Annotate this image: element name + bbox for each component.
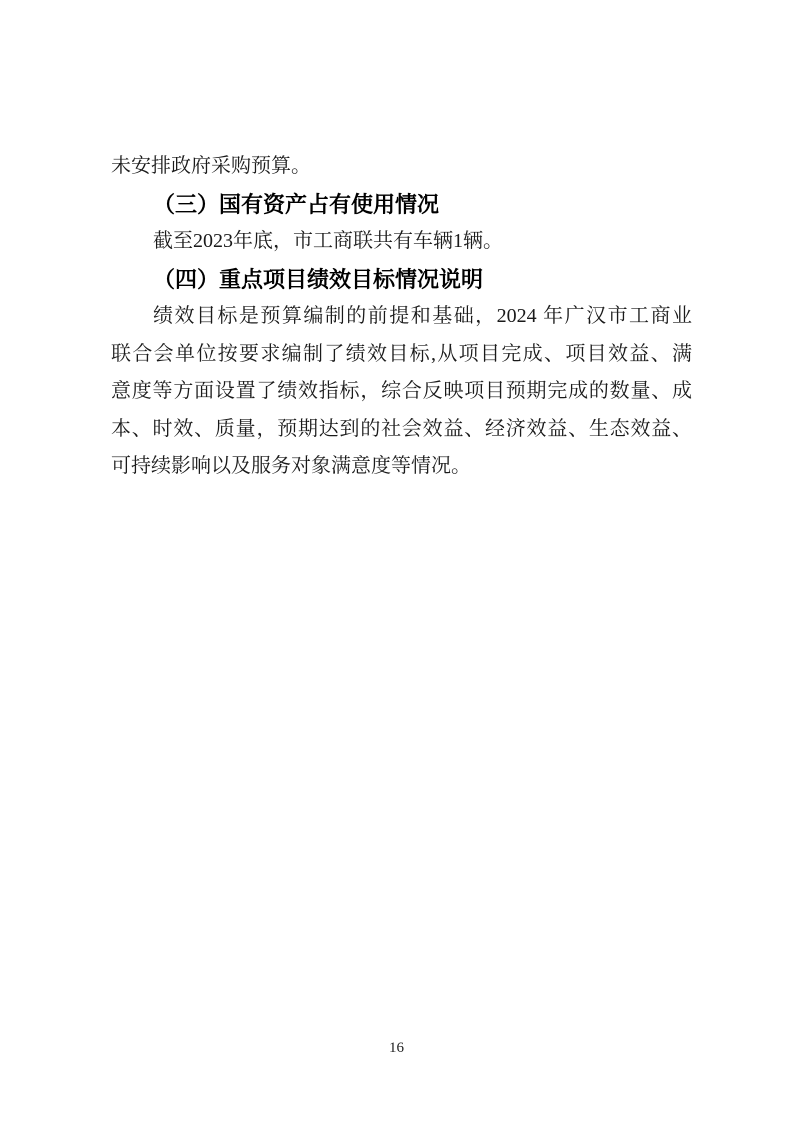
page-number: 16 [0, 1038, 793, 1058]
section-4-heading: （四）重点项目绩效目标情况说明 [111, 261, 692, 299]
section-4-paragraph: 绩效目标是预算编制的前提和基础，2024 年广汉市工商业 联合会单位按要求编制了… [111, 298, 692, 486]
section-3-body: 截至2023年底，市工商联共有车辆1辆。 [111, 223, 692, 261]
paragraph-line: 意度等方面设置了绩效指标，综合反映项目预期完成的数量、成 [111, 373, 692, 411]
section-3-heading: （三）国有资产占有使用情况 [111, 186, 692, 224]
paragraph-line: 本、时效、质量，预期达到的社会效益、经济效益、生态效益、 [111, 411, 692, 449]
paragraph-line: 联合会单位按要求编制了绩效目标,从项目完成、项目效益、满 [111, 336, 692, 374]
paragraph-line: 绩效目标是预算编制的前提和基础，2024 年广汉市工商业 [111, 298, 692, 336]
paragraph-line: 可持续影响以及服务对象满意度等情况。 [111, 448, 692, 486]
paragraph-continuation: 未安排政府采购预算。 [111, 148, 692, 186]
document-page: 未安排政府采购预算。 （三）国有资产占有使用情况 截至2023年底，市工商联共有… [0, 0, 793, 1122]
page-content: 未安排政府采购预算。 （三）国有资产占有使用情况 截至2023年底，市工商联共有… [111, 148, 692, 486]
